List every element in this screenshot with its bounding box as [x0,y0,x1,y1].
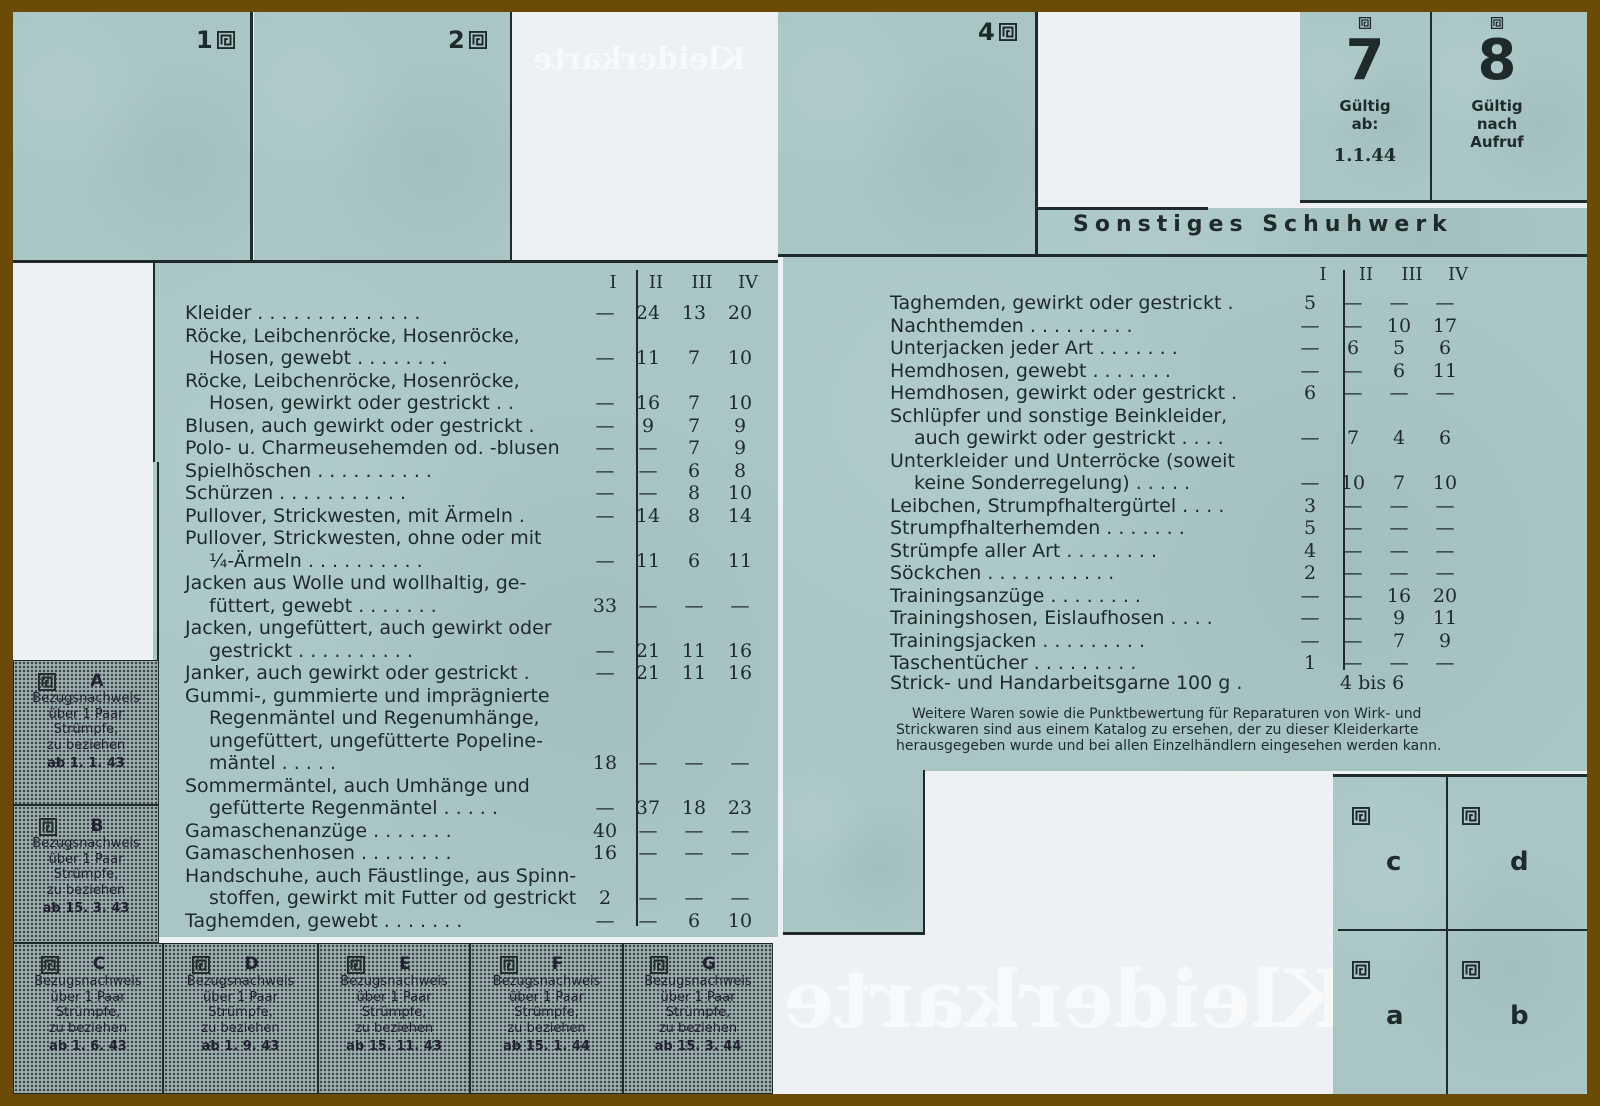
points-I: — [585,662,625,685]
points-III: 7 [671,347,717,370]
description-line: Jacken, ungefüttert, auch gewirkt oder [185,617,585,640]
item-description: Leibchen, Strumpfhaltergürtel . . . . [890,495,1290,518]
description-line: Kleider . . . . . . . . . . . . . . [185,302,585,325]
points-I: 4 [1290,540,1330,563]
stocking-coupon-e: E Bezugsnachweis über 1 Paar Strümpfe, z… [318,943,470,1094]
points-I: — [585,415,625,438]
table-row: Handschuhe, auch Fäustlinge, aus Spinn-s… [185,865,763,910]
table-row: Sommermäntel, auch Umhänge undgefütterte… [185,775,763,820]
points-I: — [585,910,625,933]
item-description: Taghemden, gewebt . . . . . . . [185,910,585,933]
points-II: — [1330,315,1376,338]
meander-icon [217,31,235,49]
coupon-text: zu beziehen [14,883,158,899]
coupon-letter: G [702,957,716,973]
points-IV: — [1422,495,1468,518]
description-line: Blusen, auch gewirkt oder gestrickt . [185,415,585,438]
description-line: Trainingsanzüge . . . . . . . . [890,585,1290,608]
item-description: Gamaschenanzüge . . . . . . . [185,820,585,843]
points-IV: — [717,595,763,618]
points-III: — [1376,517,1422,540]
points-II: — [1330,540,1376,563]
points-II: 9 [625,415,671,438]
item-description: Unterkleider und Unterröcke (soweitkeine… [890,450,1290,495]
table-row: Söckchen . . . . . . . . . . .2——— [890,562,1468,585]
panel-border [923,770,925,934]
item-description: Röcke, Leibchenröcke, Hosenröcke,Hosen, … [185,325,585,370]
meander-icon [39,818,57,836]
points-I: — [585,460,625,483]
item-description: Söckchen . . . . . . . . . . . [890,562,1290,585]
description-line: Trainingsjacken . . . . . . . . . [890,630,1290,653]
points-I: — [585,437,625,460]
description-line: Spielhöschen . . . . . . . . . . [185,460,585,483]
coupon-text: Strümpfe, [319,1005,469,1021]
table-row: Hemdhosen, gewebt . . . . . . .——611 [890,360,1468,383]
points-III: 16 [1376,585,1422,608]
clothing-ration-card: Kleiderkarte Kleiderkarte 1 2 4 7 Gültig… [13,12,1587,1094]
coupon-letter: d [1510,847,1529,877]
table-row: Jacken, ungefüttert, auch gewirkt oderge… [185,617,763,662]
points-II: 7 [1330,427,1376,450]
item-description: Pullover, Strickwesten, ohne oder mit¼-Ä… [185,527,585,572]
table-row: Strümpfe aller Art . . . . . . . .4——— [890,540,1468,563]
coupon-number: 7 [1300,31,1430,91]
points-IV: 6 [1422,427,1468,450]
points-IV: — [717,752,763,775]
panel-border [778,254,1587,257]
item-description: Schlüpfer und sonstige Beinkleider,auch … [890,405,1290,450]
table-row: Kleider . . . . . . . . . . . . . .—2413… [185,302,763,325]
points-II: — [1330,607,1376,630]
table-row: Spielhöschen . . . . . . . . . .——68 [185,460,763,483]
small-coupon-b: b [1448,931,1556,1083]
points-IV: 16 [717,640,763,663]
table-row: Janker, auch gewirkt oder gestrickt .—21… [185,662,763,685]
validity-label: Aufruf [1432,133,1562,151]
coupon-divider [250,12,253,264]
description-line: Taghemden, gewirkt oder gestrickt . [890,292,1290,315]
meander-icon [1358,17,1372,29]
points-I: — [585,550,625,573]
points-II: 21 [625,662,671,685]
item-description: Handschuhe, auch Fäustlinge, aus Spinn-s… [185,865,585,910]
section-border [1038,207,1208,210]
description-line: Leibchen, Strumpfhaltergürtel . . . . [890,495,1290,518]
description-line: keine Sonderregelung) . . . . . [890,472,1290,495]
table-row: Gamaschenanzüge . . . . . . .40——— [185,820,763,843]
column-header-II: II [633,272,679,293]
table-row: Nachthemden . . . . . . . . .——1017 [890,315,1468,338]
points-IV: 10 [1422,472,1468,495]
points-III: 6 [671,550,717,573]
meander-icon [1462,961,1480,979]
description-line: ungefüttert, ungefütterte Popeline- [185,730,585,753]
table-row: Trainingsjacken . . . . . . . . .——79 [890,630,1468,653]
description-line: Hosen, gewebt . . . . . . . . [185,347,585,370]
description-line: Regenmäntel und Regenumhänge, [185,707,585,730]
points-III: 9 [1376,607,1422,630]
table-row: Schürzen . . . . . . . . . . .——810 [185,482,763,505]
table-row: Taghemden, gewebt . . . . . . .——610 [185,910,763,933]
meander-icon [38,673,56,691]
item-description: Röcke, Leibchenröcke, Hosenröcke,Hosen, … [185,370,585,415]
stocking-coupon-f: F Bezugsnachweis über 1 Paar Strümpfe, z… [470,943,623,1094]
table-row: Trainingshosen, Eislaufhosen . . . .——91… [890,607,1468,630]
points-IV: 23 [717,797,763,820]
validity-label: Gültig [1300,97,1430,115]
description-line: Gamaschenanzüge . . . . . . . [185,820,585,843]
description-line: auch gewirkt oder gestrickt . . . . [890,427,1290,450]
points-IV: 6 [1422,337,1468,360]
reverse-print-watermark-top: Kleiderkarte [533,42,746,77]
description-line: ¼-Ärmeln . . . . . . . . . . [185,550,585,573]
points-I: 40 [585,820,625,843]
coupon-text: Bezugsnachweis [14,691,158,707]
description-line: Strümpfe aller Art . . . . . . . . [890,540,1290,563]
right-panel-tab [783,767,923,932]
meander-icon [650,956,668,974]
coupon-number: 2 [448,26,465,54]
points-II: 10 [1330,472,1376,495]
points-I: 18 [585,752,625,775]
table-row: Röcke, Leibchenröcke, Hosenröcke,Hosen, … [185,325,763,370]
points-III: — [671,595,717,618]
coupon-date: ab 1. 6. 43 [14,1039,162,1055]
points-III: 7 [1376,630,1422,653]
points-II: 11 [625,347,671,370]
description-line: Röcke, Leibchenröcke, Hosenröcke, [185,370,585,393]
points-I: 16 [585,842,625,865]
points-IV: 9 [717,437,763,460]
points-I: — [585,797,625,820]
points-II: — [1330,360,1376,383]
points-II: — [1330,585,1376,608]
coupon-text: zu beziehen [164,1021,317,1037]
points-II: — [625,842,671,865]
column-header-IV: IV [1435,264,1481,285]
points-III: — [671,887,717,910]
meander-icon [41,956,59,974]
points-III: 8 [671,505,717,528]
description-line: Pullover, Strickwesten, ohne oder mit [185,527,585,550]
stocking-coupon-g: G Bezugsnachweis über 1 Paar Strümpfe, z… [623,943,773,1094]
stocking-coupon-a: A Bezugsnachweis über 1 Paar Strümpfe, z… [13,660,159,805]
coupon-date: ab 1. 1. 43 [14,756,158,772]
points-II: 21 [625,640,671,663]
coupon-text: über 1 Paar [319,990,469,1006]
stocking-coupon-d: D Bezugsnachweis über 1 Paar Strümpfe, z… [163,943,318,1094]
table-row: Pullover, Strickwesten, ohne oder mit¼-Ä… [185,527,763,572]
item-description: Trainingshosen, Eislaufhosen . . . . [890,607,1290,630]
coupon-text: über 1 Paar [471,990,622,1006]
points-II: — [625,460,671,483]
coupon-2-label: 2 [448,26,487,54]
points-I: — [1290,427,1330,450]
left-table-header: I II III IV [593,272,771,293]
item-description: Polo- u. Charmeusehemden od. -blusen [185,437,585,460]
coupon-date: ab 15. 3. 44 [624,1039,772,1055]
coupon-text: Bezugsnachweis [319,974,469,990]
points-III: 6 [1376,360,1422,383]
coupon-text: Strümpfe, [164,1005,317,1021]
description-line: Janker, auch gewirkt oder gestrickt . [185,662,585,685]
coupon-letter: F [552,957,564,973]
points-II: — [625,595,671,618]
description-line: gestrickt . . . . . . . . . . [185,640,585,663]
description-line: Schürzen . . . . . . . . . . . [185,482,585,505]
right-points-table: Taghemden, gewirkt oder gestrickt .5———N… [890,292,1468,675]
points-II: — [625,437,671,460]
coupon-letter: a [1386,1001,1404,1031]
points-IV: 11 [717,550,763,573]
column-header-I: I [593,272,633,293]
coupon-letter: A [90,674,103,690]
meander-icon [1352,807,1370,825]
coupon-date: ab 15. 3. 43 [14,901,158,917]
item-description: Sommermäntel, auch Umhänge undgefütterte… [185,775,585,820]
reverse-print-watermark-bottom: Kleiderkarte [783,952,1350,1046]
table-row: Röcke, Leibchenröcke, Hosenröcke,Hosen, … [185,370,763,415]
points-II: 24 [625,302,671,325]
right-table-header: I II III IV [1303,264,1481,285]
coupon-number: 8 [1432,31,1562,91]
coupon-text: zu beziehen [14,738,158,754]
coupon-7-content: 7 Gültig ab: 1.1.44 [1300,12,1430,166]
description-line: Unterjacken jeder Art . . . . . . . [890,337,1290,360]
points-IV: 9 [717,415,763,438]
points-III: — [1376,540,1422,563]
coupon-text: Bezugsnachweis [471,974,622,990]
points-I: — [1290,630,1330,653]
table-row: Polo- u. Charmeusehemden od. -blusen——79 [185,437,763,460]
points-III: 10 [1376,315,1422,338]
description-line: gefütterte Regenmäntel . . . . . [185,797,585,820]
coupon-text: Bezugsnachweis [624,974,772,990]
points-IV: — [1422,562,1468,585]
points-III: 11 [671,640,717,663]
table-row: Gummi-, gummierte und imprägnierteRegenm… [185,685,763,775]
points-IV: 17 [1422,315,1468,338]
points-IV: 14 [717,505,763,528]
small-coupon-d: d [1448,777,1556,929]
column-header-II: II [1343,264,1389,285]
note-line: Strickwaren sind aus einem Katalog zu er… [896,722,1441,738]
points-IV: — [1422,652,1468,675]
validity-label: Gültig [1432,97,1562,115]
points-I: — [1290,315,1330,338]
yarn-points-value: 4 bis 6 [1340,672,1404,694]
points-I: — [1290,360,1330,383]
coupon-text: Strümpfe, [624,1005,772,1021]
points-III: — [671,752,717,775]
points-I: — [585,505,625,528]
small-coupon-c: c [1338,777,1446,929]
coupon-date: ab 15. 11. 43 [319,1039,469,1055]
points-III: — [1376,562,1422,585]
item-description: Spielhöschen . . . . . . . . . . [185,460,585,483]
points-II: — [625,820,671,843]
points-I: 6 [1290,382,1330,405]
description-line: Gummi-, gummierte und imprägnierte [185,685,585,708]
points-IV: 10 [717,910,763,933]
table-row: Pullover, Strickwesten, mit Ärmeln .—148… [185,505,763,528]
points-III: 6 [671,460,717,483]
table-row: Blusen, auch gewirkt oder gestrickt .—97… [185,415,763,438]
meander-icon [192,956,210,974]
column-header-IV: IV [725,272,771,293]
points-II: — [1330,382,1376,405]
points-I: — [1290,585,1330,608]
small-coupon-a: a [1338,931,1446,1083]
description-line: Pullover, Strickwesten, mit Ärmeln . [185,505,585,528]
meander-icon [347,956,365,974]
item-description: Gamaschenhosen . . . . . . . . [185,842,585,865]
validity-label: nach [1432,115,1562,133]
coupon-text: über 1 Paar [624,990,772,1006]
points-IV: 8 [717,460,763,483]
points-IV: — [717,820,763,843]
item-description: Blusen, auch gewirkt oder gestrickt . [185,415,585,438]
coupon-number: 4 [978,18,995,46]
coupon-text: Strümpfe, [14,1005,162,1021]
description-line: Gamaschenhosen . . . . . . . . [185,842,585,865]
points-III: 13 [671,302,717,325]
points-II: — [1330,630,1376,653]
item-description: Nachthemden . . . . . . . . . [890,315,1290,338]
coupon-text: zu beziehen [14,1021,162,1037]
item-description: Taghemden, gewirkt oder gestrickt . [890,292,1290,315]
points-IV: 16 [717,662,763,685]
points-III: — [1376,382,1422,405]
description-line: mäntel . . . . . [185,752,585,775]
points-III: 7 [671,437,717,460]
coupon-letter: E [399,957,411,973]
points-I: — [585,482,625,505]
validity-label: ab: [1300,115,1430,133]
coupon-1-label: 1 [196,26,235,54]
coupon-text: über 1 Paar [14,852,158,868]
item-description: Strumpfhalterhemden . . . . . . . [890,517,1290,540]
item-description: Trainingsanzüge . . . . . . . . [890,585,1290,608]
points-III: 18 [671,797,717,820]
table-row: Taghemden, gewirkt oder gestrickt .5——— [890,292,1468,315]
points-IV: — [1422,382,1468,405]
points-II: — [625,910,671,933]
description-line: Trainingshosen, Eislaufhosen . . . . [890,607,1290,630]
yarn-description: Strick- und Handarbeitsgarne 100 g . [890,672,1340,694]
panel-border [13,260,778,263]
description-line: Taghemden, gewebt . . . . . . . [185,910,585,933]
table-row: Jacken aus Wolle und wollhaltig, ge-fütt… [185,572,763,617]
points-II: — [1330,562,1376,585]
catalog-note: Weitere Waren sowie die Punktbewertung f… [896,706,1441,754]
coupon-letter: c [1386,847,1401,877]
coupon-text: Strümpfe, [14,722,158,738]
stocking-coupon-c: C Bezugsnachweis über 1 Paar Strümpfe, z… [13,943,163,1094]
coupon-4-label: 4 [978,18,1017,46]
points-III: — [671,842,717,865]
points-III: 11 [671,662,717,685]
item-description: Pullover, Strickwesten, mit Ärmeln . [185,505,585,528]
points-II: 6 [1330,337,1376,360]
points-IV: 10 [717,482,763,505]
table-row: Unterjacken jeder Art . . . . . . .—656 [890,337,1468,360]
description-line: Sommermäntel, auch Umhänge und [185,775,585,798]
points-IV: 20 [1422,585,1468,608]
points-IV: — [1422,517,1468,540]
note-line: Weitere Waren sowie die Punktbewertung f… [896,706,1441,722]
coupon-text: Bezugsnachweis [14,974,162,990]
description-line: Hosen, gewirkt oder gestrickt . . [185,392,585,415]
coupon-text: Bezugsnachweis [164,974,317,990]
panel-border [783,932,925,935]
points-III: 7 [671,392,717,415]
note-line: herausgegeben wurde und bei allen Einzel… [896,738,1441,754]
coupon-text: Strümpfe, [471,1005,622,1021]
points-II: 37 [625,797,671,820]
points-IV: 20 [717,302,763,325]
table-row: Unterkleider und Unterröcke (soweitkeine… [890,450,1468,495]
description-line: Unterkleider und Unterröcke (soweit [890,450,1290,473]
points-II: — [625,482,671,505]
points-III: 7 [1376,472,1422,495]
points-IV: 9 [1422,630,1468,653]
description-line: Strumpfhalterhemden . . . . . . . [890,517,1290,540]
coupon-letter: D [244,957,258,973]
points-I: 5 [1290,517,1330,540]
points-III: — [1376,495,1422,518]
meander-icon [469,31,487,49]
description-line: Hemdhosen, gewirkt oder gestrickt . [890,382,1290,405]
coupon-number: 1 [196,26,213,54]
description-line: Hemdhosen, gewebt . . . . . . . [890,360,1290,383]
coupon-text: Bezugsnachweis [14,836,158,852]
meander-icon [1462,807,1480,825]
item-description: Kleider . . . . . . . . . . . . . . [185,302,585,325]
description-line: füttert, gewebt . . . . . . . [185,595,585,618]
item-description: Trainingsjacken . . . . . . . . . [890,630,1290,653]
coupon-letter: C [93,957,105,973]
points-II: 11 [625,550,671,573]
points-I: 2 [585,887,625,910]
points-II: — [1330,517,1376,540]
points-II: — [1330,495,1376,518]
description-line: Söckchen . . . . . . . . . . . [890,562,1290,585]
points-I: 2 [1290,562,1330,585]
points-IV: — [1422,540,1468,563]
left-points-table: Kleider . . . . . . . . . . . . . .—2413… [185,302,763,932]
column-header-I: I [1303,264,1343,285]
coupon-8-content: 8 Gültig nach Aufruf [1432,12,1562,151]
points-III: — [671,820,717,843]
section-border [1300,200,1587,203]
points-II: 16 [625,392,671,415]
table-row: Hemdhosen, gewirkt oder gestrickt .6——— [890,382,1468,405]
points-II: — [625,752,671,775]
points-II: — [625,887,671,910]
description-line: Schlüpfer und sonstige Beinkleider, [890,405,1290,428]
coupon-text: zu beziehen [319,1021,469,1037]
item-description: Jacken aus Wolle und wollhaltig, ge-fütt… [185,572,585,617]
points-IV: 10 [717,392,763,415]
table-row: Schlüpfer und sonstige Beinkleider,auch … [890,405,1468,450]
coupon-date: ab 1. 9. 43 [164,1039,317,1055]
coupon-date: ab 15. 1. 44 [471,1039,622,1055]
points-III: 8 [671,482,717,505]
coupon-text: über 1 Paar [14,990,162,1006]
table-row: Strumpfhalterhemden . . . . . . .5——— [890,517,1468,540]
